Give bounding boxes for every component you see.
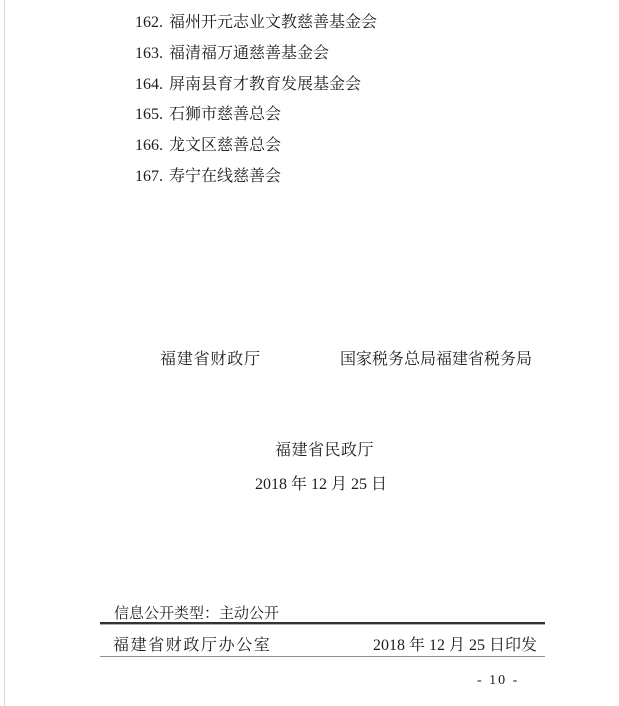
- list-item-text: 福清福万通慈善基金会: [169, 45, 329, 62]
- list-item: 167.寿宁在线慈善会: [135, 162, 377, 193]
- list-item-number: 162.: [135, 14, 163, 31]
- list-item: 163.福清福万通慈善基金会: [135, 39, 377, 70]
- list-item-text: 寿宁在线慈善会: [169, 168, 281, 185]
- list-item-number: 166.: [135, 137, 163, 154]
- footer-rule-thin: [100, 656, 545, 657]
- list-item-text: 龙文区慈善总会: [169, 137, 281, 154]
- page-left-border: [4, 0, 5, 706]
- list-item-number: 165.: [135, 106, 163, 123]
- list-item-text: 福州开元志业文教慈善基金会: [169, 14, 377, 31]
- list-item-number: 163.: [135, 45, 163, 62]
- signature-tax-bureau: 国家税务总局福建省税务局: [340, 346, 532, 369]
- page-number: - 10 -: [477, 673, 519, 689]
- signature-date: 2018 年 12 月 25 日: [255, 471, 387, 494]
- footer-rule-thick: [100, 622, 545, 625]
- list-item-text: 屏南县育才教育发展基金会: [169, 76, 361, 93]
- charity-list: 162.福州开元志业文教慈善基金会 163.福清福万通慈善基金会 164.屏南县…: [135, 8, 377, 193]
- footer-issuing-office: 福建省财政厅办公室: [113, 632, 271, 655]
- list-item-number: 164.: [135, 76, 163, 93]
- signature-finance-department: 福建省财政厅: [160, 346, 261, 369]
- footer-print-date: 2018 年 12 月 25 日印发: [373, 632, 537, 655]
- list-item: 164.屏南县育才教育发展基金会: [135, 70, 377, 101]
- footer-info-disclosure-type: 信息公开类型：主动公开: [114, 602, 279, 623]
- list-item: 166.龙文区慈善总会: [135, 131, 377, 162]
- signature-civil-affairs-department: 福建省民政厅: [275, 437, 374, 460]
- document-page: 162.福州开元志业文教慈善基金会 163.福清福万通慈善基金会 164.屏南县…: [0, 0, 619, 706]
- list-item: 165.石狮市慈善总会: [135, 100, 377, 131]
- list-item-text: 石狮市慈善总会: [169, 106, 281, 123]
- list-item-number: 167.: [135, 168, 163, 185]
- list-item: 162.福州开元志业文教慈善基金会: [135, 8, 377, 39]
